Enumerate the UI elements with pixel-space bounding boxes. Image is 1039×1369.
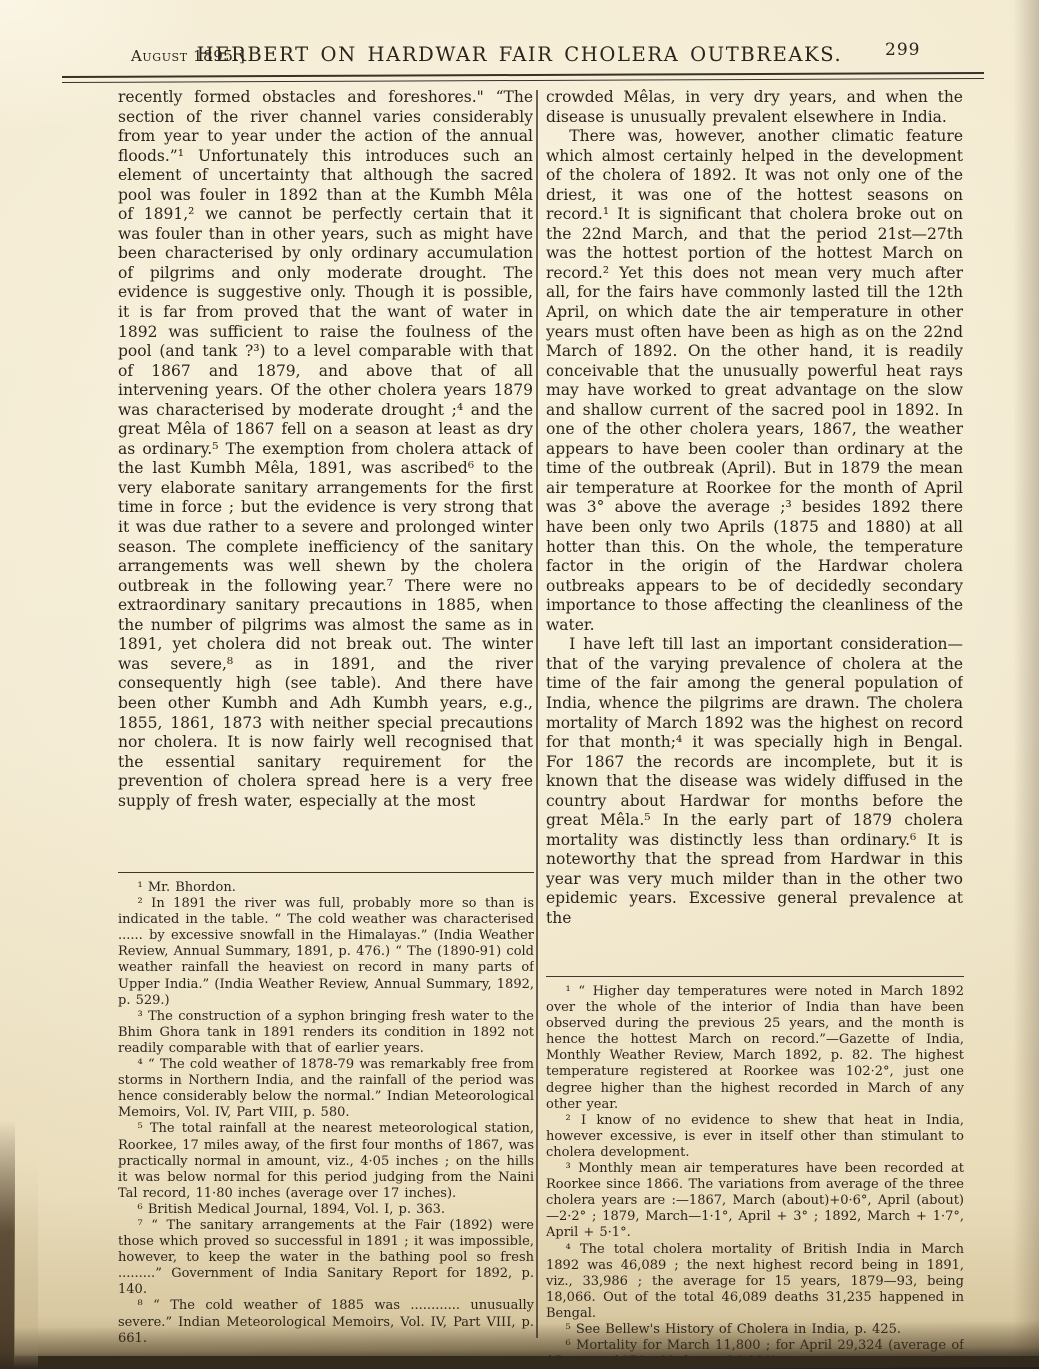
page-title: HERBERT ON HARDWAR FAIR CHOLERA OUTBREAK…	[0, 43, 1039, 66]
right-column-body: crowded Mêlas, in very dry years, and wh…	[546, 88, 963, 972]
scanned-journal-page: August 1895.] HERBERT ON HARDWAR FAIR CH…	[0, 0, 1039, 1356]
body-paragraph: I have left till last an important consi…	[546, 635, 963, 928]
footnote-5: ⁵ The total rainfall at the nearest mete…	[118, 1121, 534, 1201]
column-divider-rule	[536, 90, 538, 1338]
footnote-4: ⁴ “ The cold weather of 1878-79 was rema…	[118, 1057, 534, 1121]
footnote-2: ² In 1891 the river was full, probably m…	[118, 896, 534, 1009]
scan-shadow-right	[1013, 0, 1039, 1356]
right-column-footnotes: ¹ “ Higher day temperatures were noted i…	[546, 976, 964, 1356]
footnote-1: ¹ “ Higher day temperatures were noted i…	[546, 984, 964, 1113]
footnote-7: ⁷ “ The sanitary arrangements at the Fai…	[118, 1218, 534, 1298]
footnote-3: ³ Monthly mean air temperatures have bee…	[546, 1161, 964, 1241]
body-paragraph: recently formed obstacles and foreshores…	[118, 88, 533, 811]
left-column-body: recently formed obstacles and foreshores…	[118, 88, 533, 874]
footnote-6: ⁶ British Medical Journal, 1894, Vol. I,…	[118, 1202, 534, 1218]
page-number: 299	[885, 40, 965, 60]
scan-shadow-bottom	[0, 1321, 1039, 1369]
footnote-1: ¹ Mr. Bhordon.	[118, 880, 534, 896]
body-paragraph: There was, however, another climatic fea…	[546, 127, 963, 635]
body-paragraph: crowded Mêlas, in very dry years, and wh…	[546, 88, 963, 127]
footnote-3: ³ The construction of a syphon bringing …	[118, 1009, 534, 1057]
footnote-4: ⁴ The total cholera mortality of British…	[546, 1242, 964, 1322]
left-column-footnotes: ¹ Mr. Bhordon. ² In 1891 the river was f…	[118, 872, 534, 1346]
footnote-2: ² I know of no evidence to shew that hea…	[546, 1113, 964, 1161]
